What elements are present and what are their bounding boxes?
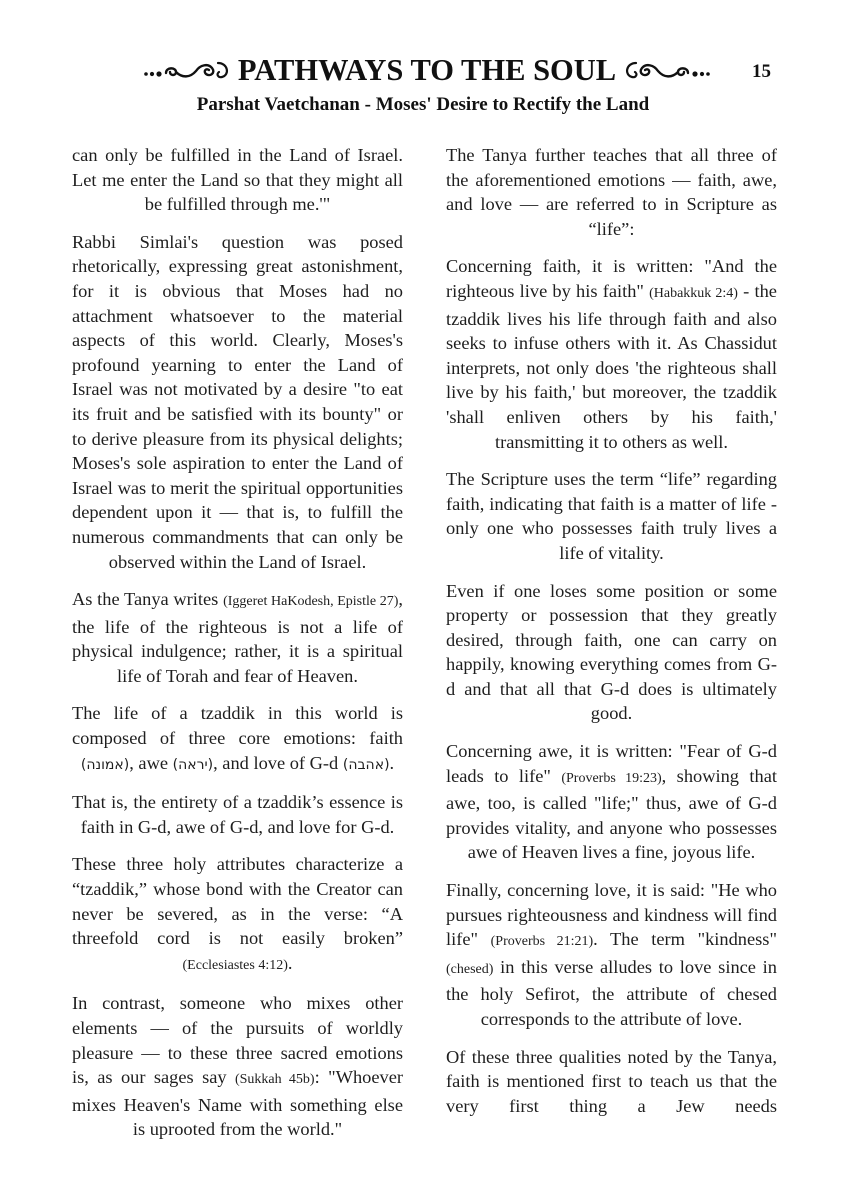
- paragraph-text: .: [288, 953, 293, 973]
- left-column: can only be fulfilled in the Land of Isr…: [72, 143, 403, 1155]
- citation: (Iggeret HaKodesh, Epistle 27): [223, 594, 398, 609]
- hebrew-term: (אמונה): [81, 757, 129, 773]
- paragraph: These three holy attributes characterize…: [72, 852, 403, 978]
- paragraph: Even if one loses some position or some …: [446, 579, 777, 727]
- hebrew-term: (יראה): [173, 757, 213, 773]
- hebrew-term: (אהבה): [343, 757, 390, 773]
- paragraph: The life of a tzaddik in this world is c…: [72, 701, 403, 777]
- citation: (Ecclesiastes 4:12): [183, 958, 288, 973]
- subtitle-text: Parshat Vaetchanan - Moses' Desire to Re…: [197, 94, 649, 115]
- paragraph-text: The life of a tzaddik in this world is c…: [72, 703, 403, 748]
- paragraph: Finally, concerning love, it is said: "H…: [446, 878, 777, 1032]
- citation: (Sukkah 45b): [235, 1072, 315, 1087]
- page-header: PATHWAYS TO THE SOUL 15: [0, 52, 846, 92]
- paragraph-text: , and love of G-d: [213, 753, 343, 773]
- masthead: PATHWAYS TO THE SOUL: [132, 52, 722, 88]
- paragraph-text: - the tzaddik lives his life through fai…: [446, 281, 777, 452]
- paragraph: Concerning awe, it is written: "Fear of …: [446, 739, 777, 865]
- flourish-left-icon: [142, 59, 234, 81]
- article-subtitle: Parshat Vaetchanan - Moses' Desire to Re…: [0, 94, 846, 116]
- citation: (Proverbs 21:21): [491, 934, 594, 949]
- paragraph: Of these three qualities noted by the Ta…: [446, 1045, 777, 1119]
- paragraph-text: , awe: [129, 753, 172, 773]
- citation: (Habakkuk 2:4): [649, 286, 738, 301]
- paragraph: The Tanya further teaches that all three…: [446, 143, 777, 241]
- paragraph-text: . The term "kindness": [593, 929, 777, 949]
- paragraph: Rabbi Simlai's question was posed rhetor…: [72, 230, 403, 574]
- paragraph: Concerning faith, it is written: "And th…: [446, 254, 777, 454]
- paragraph-text: .: [390, 753, 395, 773]
- paragraph: can only be fulfilled in the Land of Isr…: [72, 143, 403, 217]
- paragraph-text: These three holy attributes characterize…: [72, 854, 403, 948]
- right-column: The Tanya further teaches that all three…: [446, 143, 777, 1131]
- paragraph-text: As the Tanya writes: [72, 589, 223, 609]
- paragraph-text: in this verse alludes to love since in t…: [446, 957, 777, 1029]
- publication-title: PATHWAYS TO THE SOUL: [238, 52, 616, 88]
- flourish-right-icon: [620, 59, 712, 81]
- paragraph: In contrast, someone who mixes other ele…: [72, 991, 403, 1142]
- citation: (Proverbs 19:23): [561, 771, 661, 786]
- paragraph: That is, the entirety of a tzaddik’s ess…: [72, 790, 403, 839]
- page-number: 15: [752, 61, 771, 83]
- paragraph: As the Tanya writes (Iggeret HaKodesh, E…: [72, 587, 403, 688]
- paragraph: The Scripture uses the term “life” regar…: [446, 467, 777, 565]
- citation: (chesed): [446, 962, 493, 977]
